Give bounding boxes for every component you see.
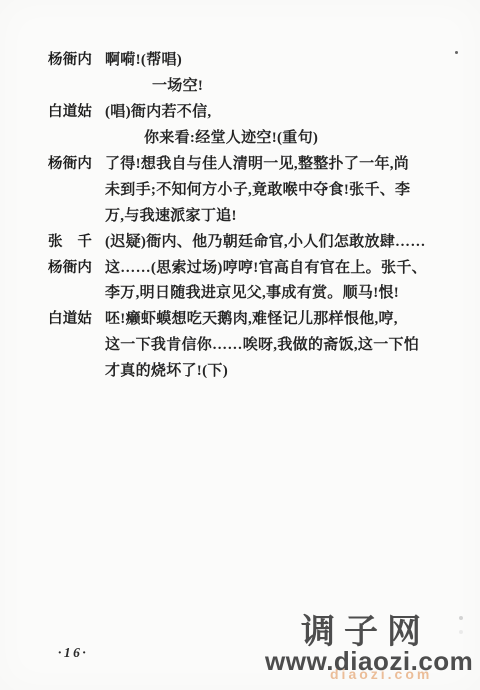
script-line: 杨衙内这……(思索过场)哼哼!官高自有官在上。张千、 xyxy=(48,253,444,279)
dialogue-text: 这……(思索过场)哼哼!官高自有官在上。张千、 xyxy=(105,256,427,277)
speaker-name: 杨衙内 xyxy=(48,152,105,173)
dialogue-text: 未到手;不知何方小子,竟敢喉中夺食!张千、李 xyxy=(105,178,410,199)
dialogue-text: (迟疑)衙内、他乃朝廷命官,小人们怎敢放肆…… xyxy=(105,230,426,251)
dialogue-text: 这一下我肯信你……唉呀,我做的斋饭,这一下怕 xyxy=(105,333,419,354)
dialogue-text: (唱)衙内若不信, xyxy=(105,100,211,121)
play-script-text: 杨衙内啊嗬!(帮唱)一场空!白道姑(唱)衙内若不信,你来看:经堂人迹空!(重句)… xyxy=(48,46,444,383)
script-line: 万,与我速派家丁追! xyxy=(48,201,444,227)
script-line: 一场空! xyxy=(48,72,444,98)
script-line: 这一下我肯信你……唉呀,我做的斋饭,这一下怕 xyxy=(48,331,444,357)
dialogue-text: 了得!想我自与佳人清明一见,整整扑了一年,尚 xyxy=(105,152,409,173)
script-line: 你来看:经堂人迹空!(重句) xyxy=(48,124,444,150)
script-line: 白道姑呸!癞虾蟆想吃天鹅肉,难怪记儿那样恨他,哼, xyxy=(48,305,444,331)
speaker-name: 白道姑 xyxy=(48,100,105,121)
script-line: 白道姑(唱)衙内若不信, xyxy=(48,98,444,124)
watermark-site-url: www.diaozi.com xyxy=(265,646,473,677)
script-line: 张 千(迟疑)衙内、他乃朝廷命官,小人们怎敢放肆…… xyxy=(48,227,444,253)
dialogue-text: 万,与我速派家丁追! xyxy=(105,204,237,225)
script-line: 未到手;不知何方小子,竟敢喉中夺食!张千、李 xyxy=(48,175,444,201)
script-line: 杨衙内啊嗬!(帮唱) xyxy=(48,46,444,72)
speaker-name: 杨衙内 xyxy=(48,48,105,69)
script-line: 杨衙内了得!想我自与佳人清明一见,整整扑了一年,尚 xyxy=(48,150,444,176)
dialogue-text: 啊嗬!(帮唱) xyxy=(105,48,182,69)
script-line: 才真的烧坏了!(下) xyxy=(48,357,444,383)
speaker-name: 白道姑 xyxy=(48,307,105,328)
dialogue-text: 一场空! xyxy=(105,74,203,95)
dialogue-text: 呸!癞虾蟆想吃天鹅肉,难怪记儿那样恨他,哼, xyxy=(105,307,398,328)
dialogue-text: 你来看:经堂人迹空!(重句) xyxy=(105,126,318,147)
scan-smudge xyxy=(459,616,463,620)
scanned-script-page: 杨衙内啊嗬!(帮唱)一场空!白道姑(唱)衙内若不信,你来看:经堂人迹空!(重句)… xyxy=(0,0,480,690)
scan-speck xyxy=(455,51,458,54)
script-line: 李万,明日随我进京见父,事成有赏。顺马!恨! xyxy=(48,279,444,305)
dialogue-text: 才真的烧坏了!(下) xyxy=(105,359,228,380)
page-number: ·16· xyxy=(58,645,88,661)
dialogue-text: 李万,明日随我进京见父,事成有赏。顺马!恨! xyxy=(105,281,399,302)
speaker-name: 张 千 xyxy=(48,230,105,251)
speaker-name: 杨衙内 xyxy=(48,256,105,277)
